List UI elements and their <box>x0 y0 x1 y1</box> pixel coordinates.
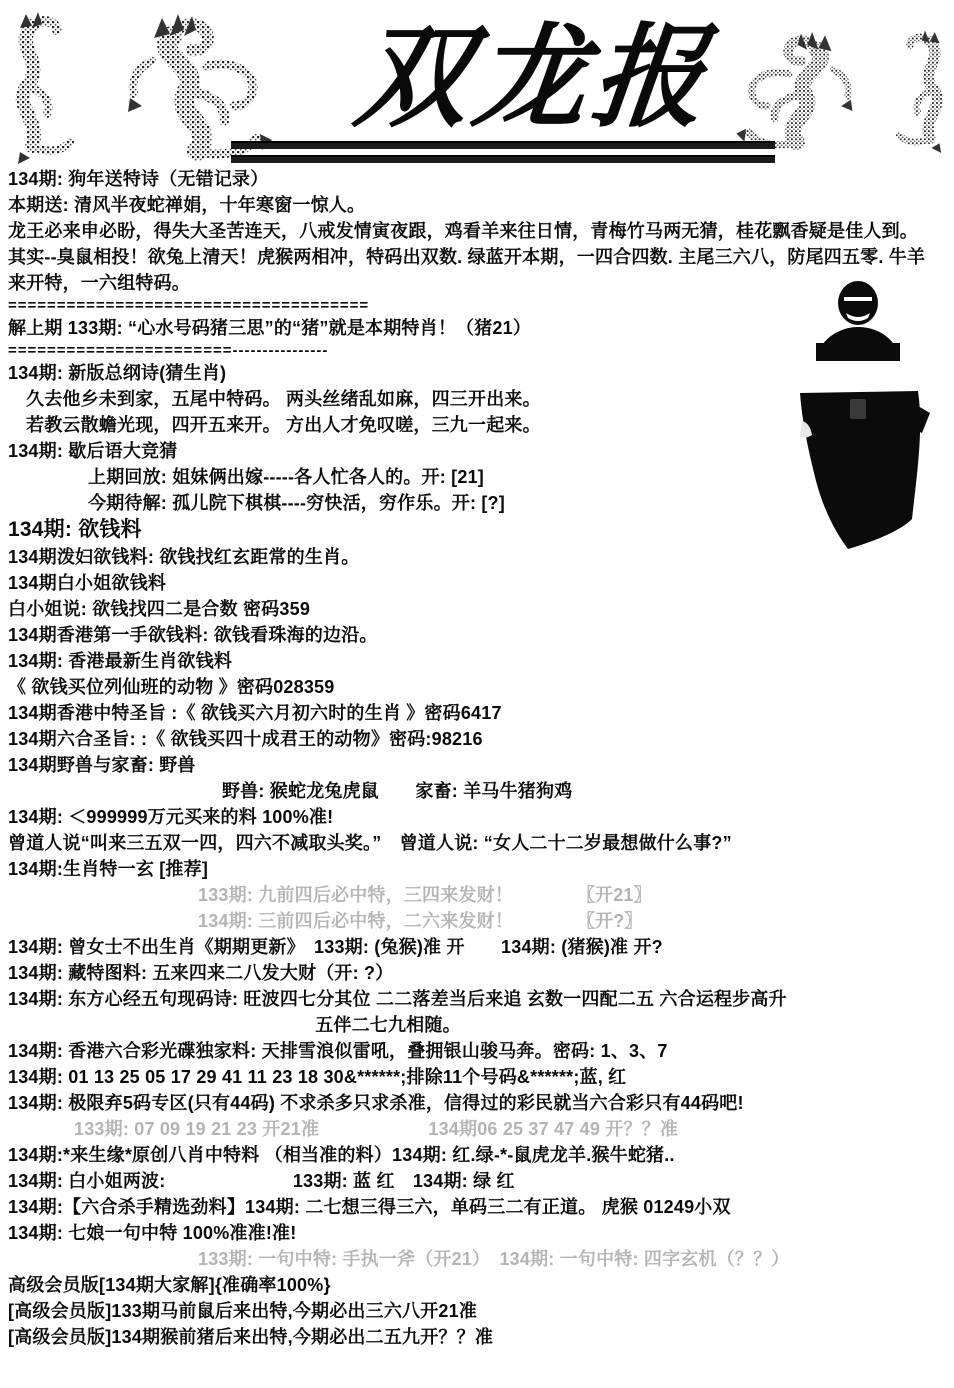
text-line: 久去他乡未到家，五尾中特码。 两头丝绪乱如麻，四三开出来。 <box>8 386 948 412</box>
text-line: 五伴二七九相随。 <box>8 1012 948 1038</box>
text-line: 134期: 新版总纲诗(猜生肖) <box>8 360 948 386</box>
text-line: 134期: ＜999999万元买来的料 100%准! <box>8 804 948 830</box>
text-line: 134期: 七娘一句中特 100%准准!准! <box>8 1220 948 1246</box>
text-line: 134期:【六合杀手精选劲料】134期: 二七想三得三六，单码三二有正道。 虎猴… <box>8 1194 948 1220</box>
text-line: 134期: 狗年送特诗（无错记录） <box>8 166 948 192</box>
text-line: 曾道人说“叫来三五双一四，四六不减取头奖。” 曾道人说: “女人二十二岁最想做什… <box>8 830 948 856</box>
text-line: 134期: 东方心经五句现码诗: 旺波四七分其位 二二落差当后来追 玄数一四配二… <box>8 986 948 1012</box>
text-line: 133期: 九前四后必中特，三四来发财！ 〖开21〗 <box>8 882 948 908</box>
text-line: 134期白小姐欲钱料 <box>8 570 948 596</box>
text-line: 本期送: 清风半夜蛇禅娟，十年寒窗一惊人。 <box>8 192 948 218</box>
text-line: 《 欲钱买位列仙班的动物 》密码028359 <box>8 674 948 700</box>
text-line: 野兽: 猴蛇龙兔虎鼠 家畜: 羊马牛猪狗鸡 <box>8 778 948 804</box>
text-line: ===================================== <box>8 296 948 315</box>
text-line: 134期: 白小姐两波: 133期: 蓝 红 134期: 绿 红 <box>8 1168 948 1194</box>
page-title: 双龙报 <box>240 8 826 158</box>
text-line: 若教云散蟾光现，四开五来开。 方出人才免叹嗟，三九一起来。 <box>8 412 948 438</box>
text-line: 解上期 133期: “心水号码猪三思”的“猪”就是本期特肖！（猪21） <box>8 315 948 341</box>
text-line: [高级会员版]134期猴前猪后来出特,今期必出二五九开？？准 <box>8 1324 948 1350</box>
text-line: 133期: 一句中特: 手执一斧（开21） 134期: 一句中特: 四字玄机（？… <box>8 1246 948 1272</box>
text-line: 134期: 香港最新生肖欲钱料 <box>8 648 948 674</box>
text-line: =======================---------------- <box>8 341 948 360</box>
text-line: 134期:*来生缘*原创八肖中特料 （相当准的料）134期: 红.绿-*-鼠虎龙… <box>8 1142 948 1168</box>
masthead: 双龙报 <box>0 0 954 172</box>
text-line: 134期: 歇后语大竞猜 <box>8 438 948 464</box>
newspaper-page: 双龙报 134期: 狗年送特诗（无错记录）本期送: 清风半夜蛇禅娟，十年寒窗一惊… <box>0 0 954 1388</box>
text-line: [高级会员版]133期马前鼠后来出特,今期必出三六八开21准 <box>8 1298 948 1324</box>
text-line: 133期: 07 09 19 21 23 开21准 134期06 25 37 4… <box>8 1116 948 1142</box>
text-line: 龙王必来申必盼，得失大圣苦连天，八戒发情寅夜跟，鸡看羊来往日情，青梅竹马两无猜，… <box>8 218 948 296</box>
text-line: 134期: 极限弃5码专区(只有44码) 不求杀多只求杀准，信得过的彩民就当六合… <box>8 1090 948 1116</box>
text-line: 134期六合圣旨: :《 欲钱买四十成君王的动物》密码:98216 <box>8 726 948 752</box>
text-line: 134期:生肖特一玄 [推荐] <box>8 856 948 882</box>
content-lines: 134期: 狗年送特诗（无错记录）本期送: 清风半夜蛇禅娟，十年寒窗一惊人。龙王… <box>8 166 948 1350</box>
text-line: 134期: 01 13 25 05 17 29 41 11 23 18 30&*… <box>8 1064 948 1090</box>
text-line: 134期: 香港六合彩光碟独家料: 天排雪浪似雷吼，叠拥银山骏马奔。密码: 1、… <box>8 1038 948 1064</box>
text-line: 134期野兽与家畜: 野兽 <box>8 752 948 778</box>
text-line: 高级会员版[134期大家解]{准确率100%} <box>8 1272 948 1298</box>
text-line: 134期: 三前四后必中特，二六来发财！ 〖开?〗 <box>8 908 948 934</box>
text-line: 134期泼妇欲钱料: 欲钱找红玄距常的生肖。 <box>8 544 948 570</box>
text-line: 134期: 曾女士不出生肖《期期更新》 133期: (兔猴)准 开 134期: … <box>8 934 948 960</box>
text-line: 134期香港中特圣旨 :《 欲钱买六月初六时的生肖 》密码6417 <box>8 700 948 726</box>
text-line: 上期回放: 姐妹俩出嫁-----各人忙各人的。开: [21] <box>8 464 948 490</box>
text-line: 134期: 欲钱料 <box>8 516 948 544</box>
text-line: 134期: 藏特图料: 五来四来二八发大财（开: ?） <box>8 960 948 986</box>
text-line: 今期待解: 孤儿院下棋棋----穷快活，穷作乐。开: [?] <box>8 490 948 516</box>
text-line: 134期香港第一手欲钱料: 欲钱看珠海的边沿。 <box>8 622 948 648</box>
text-line: 白小姐说: 欲钱找四二是合数 密码359 <box>8 596 948 622</box>
